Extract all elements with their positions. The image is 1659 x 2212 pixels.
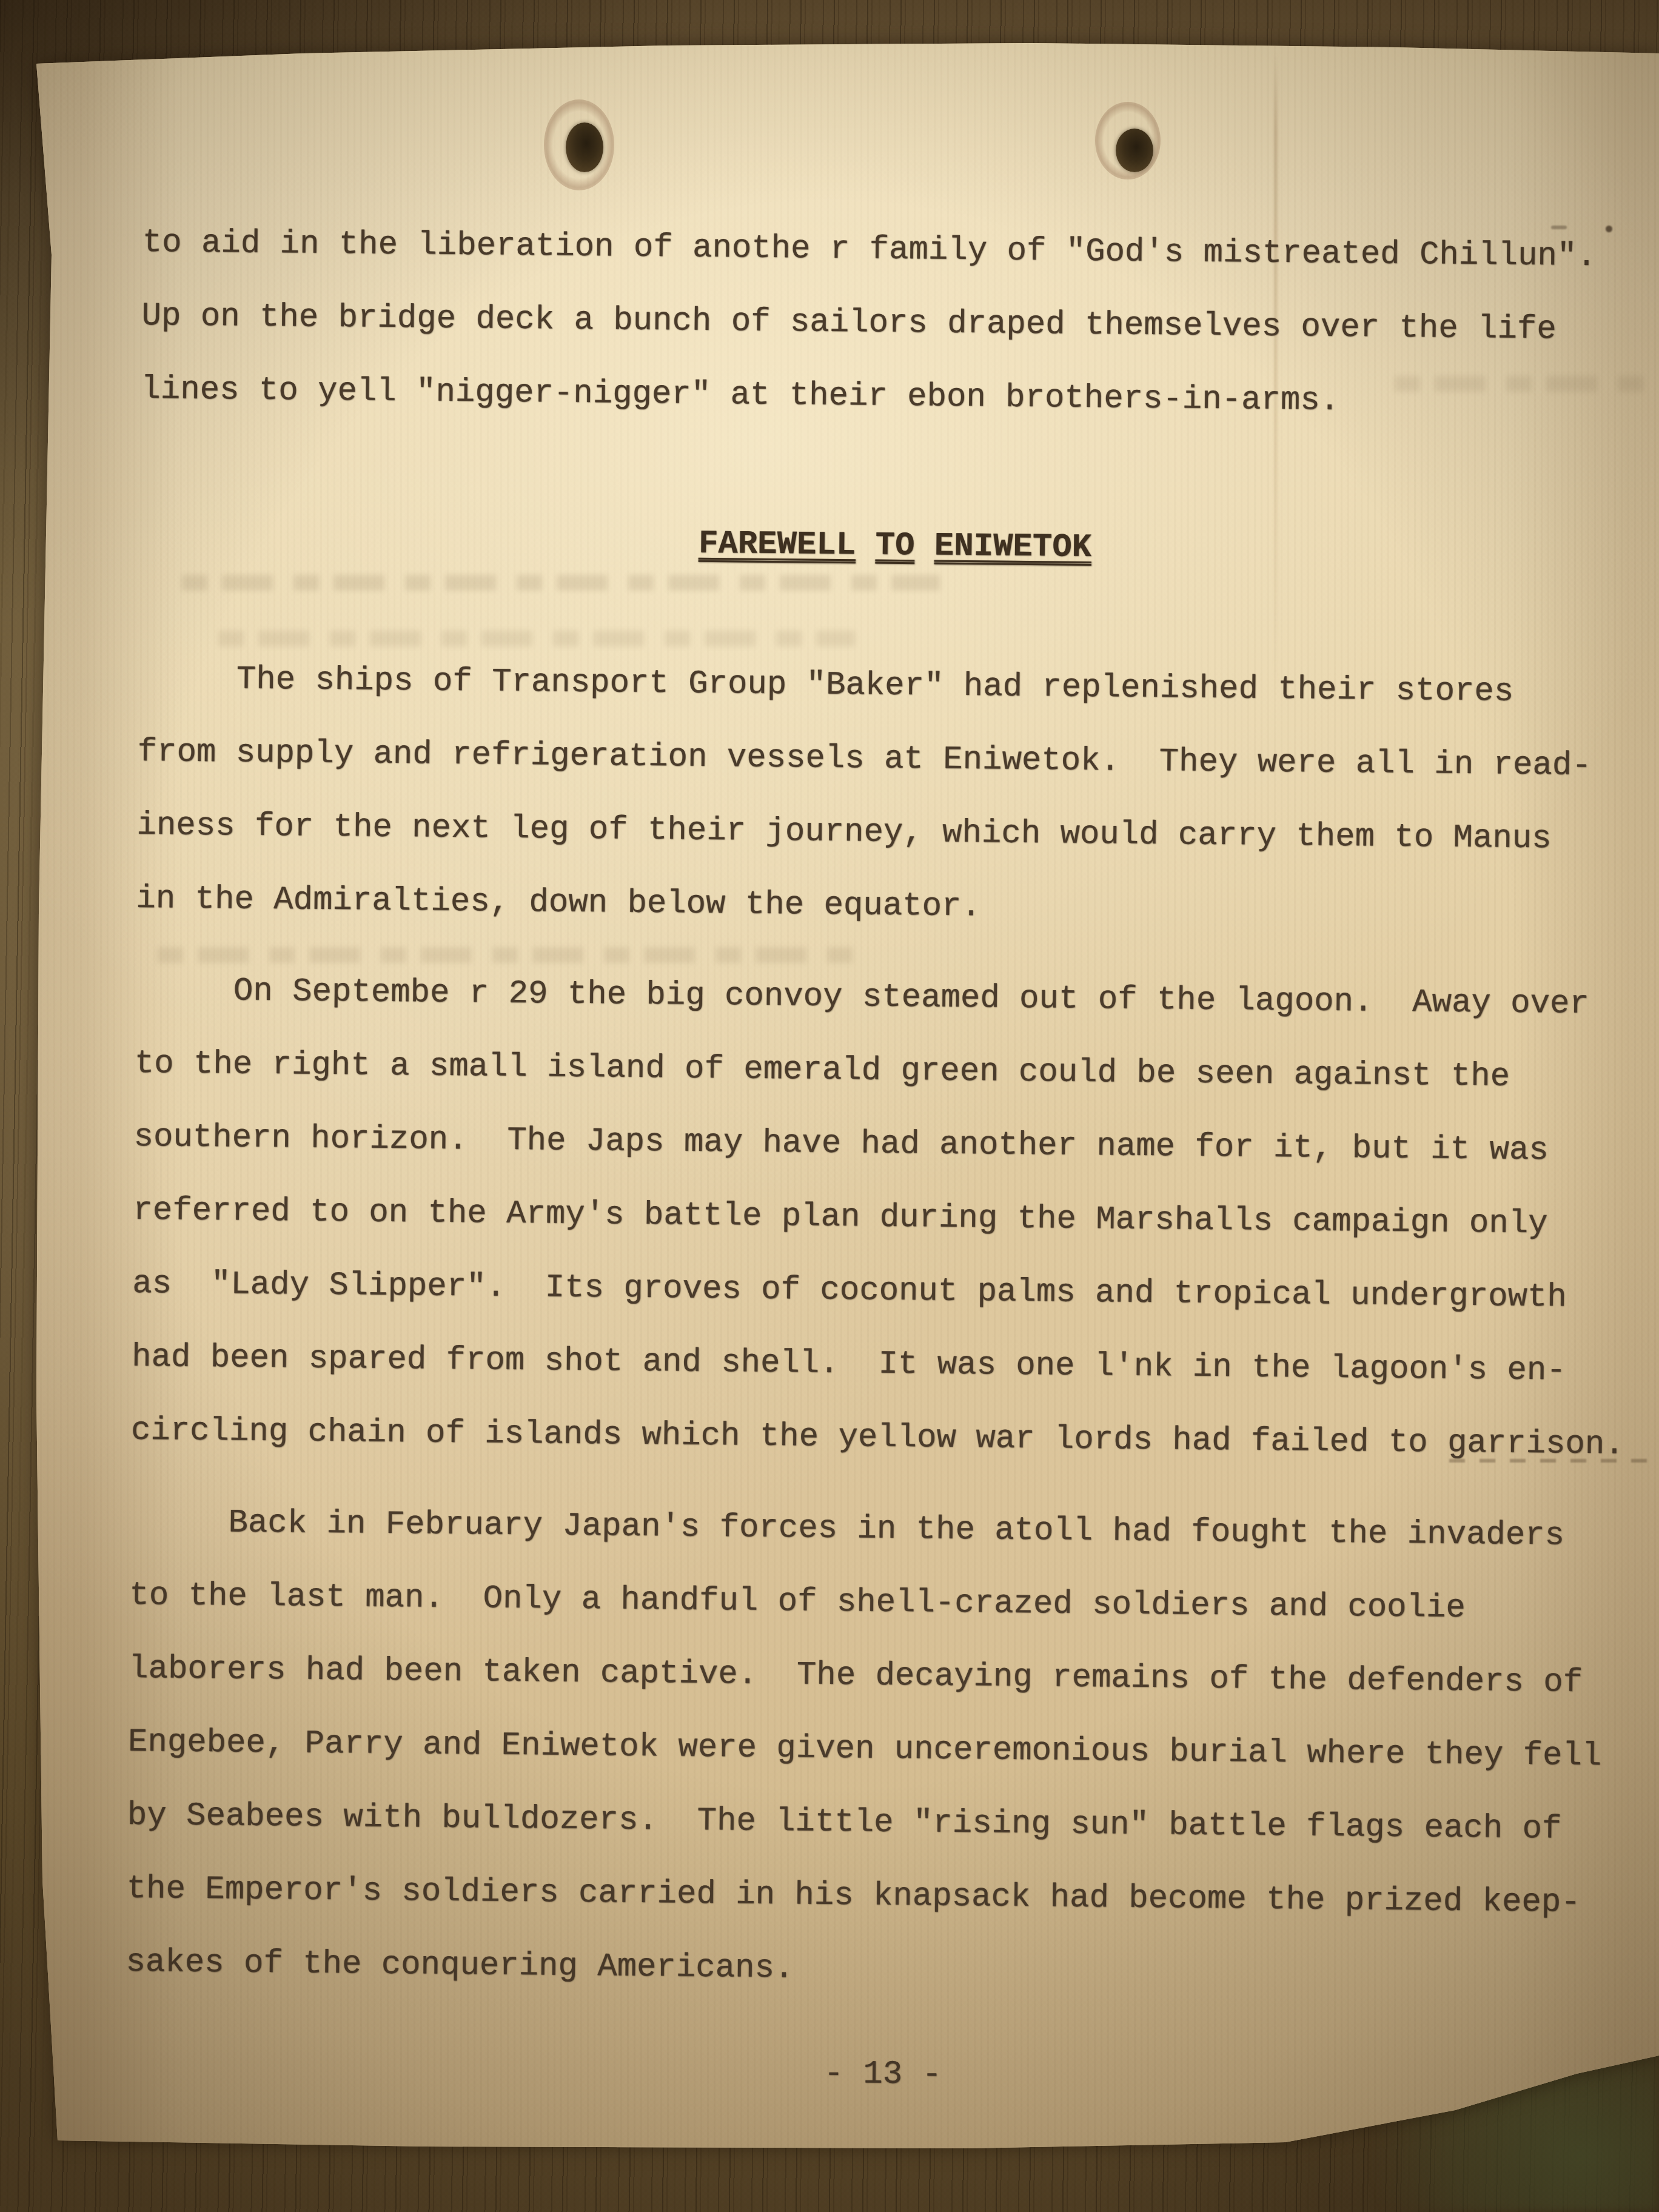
paper-shadow-wrap: to aid in the liberation of anothe r fam… bbox=[0, 0, 1659, 2212]
section-heading-word: FAREWELL bbox=[699, 526, 856, 564]
page-number: - 13 - bbox=[124, 2031, 1580, 2118]
text-line: sakes of the conquering Americans. bbox=[126, 1926, 1659, 2015]
typewritten-text: to aid in the liberation of anothe r fam… bbox=[0, 0, 1659, 2120]
section-heading-word: TO bbox=[875, 528, 914, 565]
section-heading: FAREWELL TO ENIWETOK bbox=[139, 502, 1593, 589]
text-line: circling chain of islands which the yell… bbox=[130, 1394, 1659, 1483]
text-line: in the Admiralties, down below the equat… bbox=[136, 862, 1659, 951]
document-page: to aid in the liberation of anothe r fam… bbox=[0, 0, 1659, 2212]
text-line: lines to yell "nigger-nigger" at their e… bbox=[141, 353, 1659, 442]
section-heading-word: ENIWETOK bbox=[934, 528, 1092, 566]
